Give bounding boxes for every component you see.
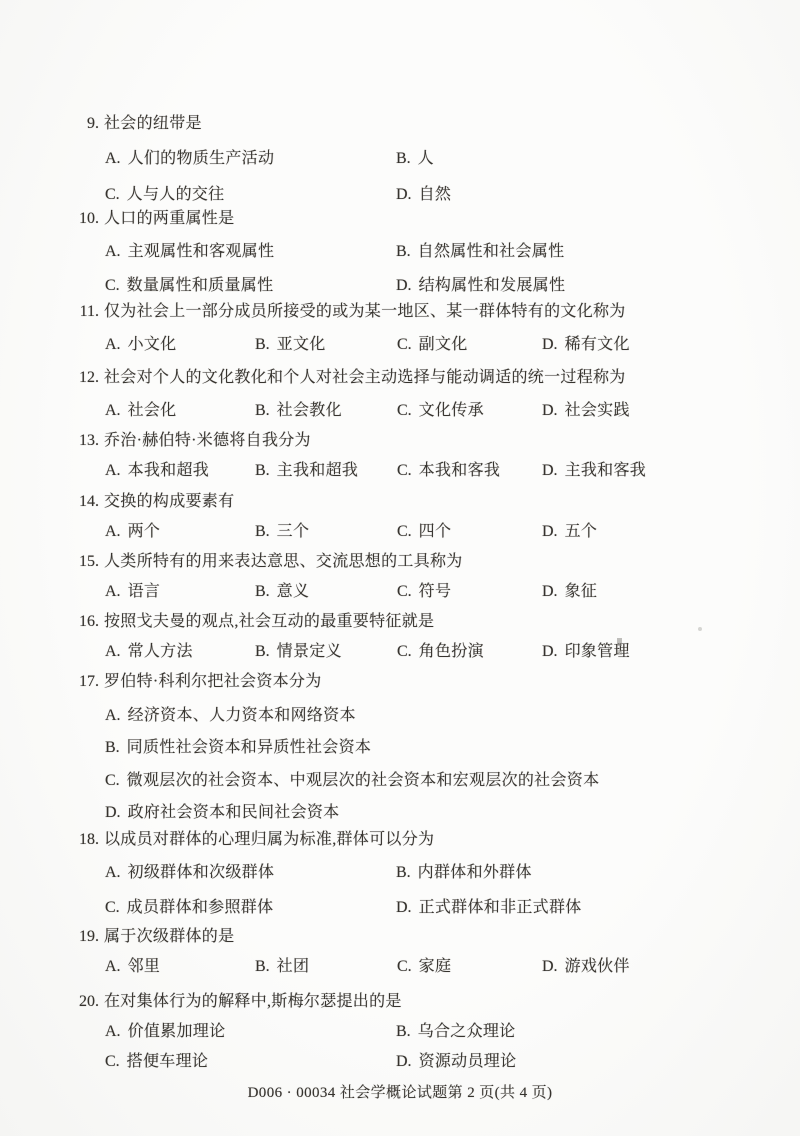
question-stem-line: 16.按照戈夫曼的观点,社会互动的最重要特征就是 — [0, 613, 800, 635]
option-label: D. — [396, 186, 412, 203]
question-number: 20. — [50, 993, 99, 1011]
option-label: C. — [105, 899, 120, 916]
option-item: A.语言 — [105, 583, 160, 601]
option-text: 本我和客我 — [419, 462, 501, 479]
option-row: A.初级群体和次级群体B.内群体和外群体 — [0, 864, 800, 886]
option-text: 主我和超我 — [277, 462, 359, 479]
option-text: 情景定义 — [277, 643, 342, 660]
option-item: D.资源动员理论 — [396, 1053, 516, 1071]
option-row: B.同质性社会资本和异质性社会资本 — [0, 739, 800, 761]
scan-artifact — [617, 650, 622, 655]
option-label: A. — [105, 643, 121, 660]
option-item: D.稀有文化 — [542, 336, 630, 354]
question-stem: 社会对个人的文化教化和个人对社会主动选择与能动调适的统一过程称为 — [104, 369, 626, 387]
option-label: D. — [396, 899, 412, 916]
option-label: C. — [105, 186, 120, 203]
option-row: A.社会化B.社会教化C.文化传承D.社会实践 — [0, 402, 800, 424]
option-item: C.搭便车理论 — [105, 1053, 208, 1071]
option-text: 搭便车理论 — [127, 1053, 209, 1070]
option-row: D.政府社会资本和民间社会资本 — [0, 804, 800, 826]
option-item: B.内群体和外群体 — [396, 864, 532, 882]
option-item: C.四个 — [397, 523, 451, 541]
option-label: C. — [397, 402, 412, 419]
question-stem: 属于次级群体的是 — [104, 928, 234, 946]
option-text: 五个 — [565, 523, 598, 540]
option-label: B. — [255, 402, 270, 419]
option-label: C. — [105, 1053, 120, 1070]
option-text: 乌合之众理论 — [418, 1023, 516, 1040]
option-item: D.五个 — [542, 523, 597, 541]
option-label: A. — [105, 583, 121, 600]
option-item: C.家庭 — [397, 958, 451, 976]
option-text: 同质性社会资本和异质性社会资本 — [127, 739, 372, 756]
option-item: A.社会化 — [105, 402, 176, 420]
option-item: A.主观属性和客观属性 — [105, 243, 274, 261]
option-row: A.主观属性和客观属性B.自然属性和社会属性 — [0, 243, 800, 265]
option-label: A. — [105, 462, 121, 479]
option-text: 象征 — [565, 583, 598, 600]
option-item: D.主我和客我 — [542, 462, 646, 480]
option-text: 符号 — [419, 583, 452, 600]
option-item: C.角色扮演 — [397, 643, 484, 661]
option-text: 主观属性和客观属性 — [128, 243, 275, 260]
option-text: 资源动员理论 — [419, 1053, 517, 1070]
option-text: 小文化 — [128, 336, 177, 353]
option-text: 价值累加理论 — [128, 1023, 226, 1040]
option-text: 人 — [418, 150, 434, 167]
option-item: B.乌合之众理论 — [396, 1023, 515, 1041]
option-item: C.副文化 — [397, 336, 468, 354]
option-label: C. — [397, 583, 412, 600]
option-item: D.自然 — [396, 186, 451, 204]
option-label: A. — [105, 523, 121, 540]
option-text: 语言 — [128, 583, 161, 600]
option-item: D.正式群体和非正式群体 — [396, 899, 582, 917]
option-item: D.游戏伙伴 — [542, 958, 630, 976]
question-stem-line: 9.社会的纽带是 — [0, 115, 800, 137]
question-stem-line: 14.交换的构成要素有 — [0, 493, 800, 515]
option-row: A.两个B.三个C.四个D.五个 — [0, 523, 800, 545]
option-label: B. — [255, 462, 270, 479]
option-label: B. — [396, 150, 411, 167]
option-item: A.邻里 — [105, 958, 160, 976]
option-label: D. — [542, 958, 558, 975]
option-row: A.常人方法B.情景定义C.角色扮演D.印象管理 — [0, 643, 800, 665]
option-row: C.搭便车理论D.资源动员理论 — [0, 1053, 800, 1075]
question-stem: 仅为社会上一部分成员所接受的或为某一地区、某一群体特有的文化称为 — [104, 303, 626, 321]
option-item: D.政府社会资本和民间社会资本 — [105, 804, 339, 822]
option-text: 意义 — [277, 583, 310, 600]
option-text: 政府社会资本和民间社会资本 — [128, 804, 340, 821]
option-label: C. — [397, 643, 412, 660]
option-text: 人们的物质生产活动 — [128, 150, 275, 167]
option-item: D.象征 — [542, 583, 597, 601]
option-text: 主我和客我 — [565, 462, 647, 479]
option-text: 社团 — [277, 958, 310, 975]
option-item: C.文化传承 — [397, 402, 484, 420]
option-label: D. — [542, 336, 558, 353]
option-row: C.人与人的交往D.自然 — [0, 186, 800, 208]
option-label: A. — [105, 958, 121, 975]
question-number: 15. — [50, 553, 99, 571]
question-stem: 在对集体行为的解释中,斯梅尔瑟提出的是 — [104, 993, 402, 1011]
option-label: D. — [396, 1053, 412, 1070]
option-text: 正式群体和非正式群体 — [419, 899, 582, 916]
option-label: D. — [542, 402, 558, 419]
page-footer: D006 · 00034 社会学概论试题第 2 页(共 4 页) — [0, 1081, 800, 1102]
option-item: C.微观层次的社会资本、中观层次的社会资本和宏观层次的社会资本 — [105, 772, 599, 790]
option-text: 本我和超我 — [128, 462, 210, 479]
option-item: B.自然属性和社会属性 — [396, 243, 564, 261]
question-number: 10. — [50, 210, 99, 228]
option-item: A.小文化 — [105, 336, 176, 354]
question-stem: 按照戈夫曼的观点,社会互动的最重要特征就是 — [104, 613, 434, 631]
option-row: C.成员群体和参照群体D.正式群体和非正式群体 — [0, 899, 800, 921]
option-item: C.本我和客我 — [397, 462, 500, 480]
question-stem: 乔治·赫伯特·米德将自我分为 — [104, 432, 311, 450]
option-label: A. — [105, 1023, 121, 1040]
option-item: B.同质性社会资本和异质性社会资本 — [105, 739, 371, 757]
question-stem-line: 17.罗伯特·科利尔把社会资本分为 — [0, 673, 800, 695]
option-item: A.人们的物质生产活动 — [105, 150, 274, 168]
option-text: 两个 — [128, 523, 161, 540]
option-label: D. — [542, 462, 558, 479]
option-item: A.本我和超我 — [105, 462, 209, 480]
option-label: C. — [105, 277, 120, 294]
option-row: A.小文化B.亚文化C.副文化D.稀有文化 — [0, 336, 800, 358]
question-stem-line: 12.社会对个人的文化教化和个人对社会主动选择与能动调适的统一过程称为 — [0, 369, 800, 391]
option-item: D.结构属性和发展属性 — [396, 277, 565, 295]
option-item: B.情景定义 — [255, 643, 342, 661]
question-stem: 交换的构成要素有 — [104, 493, 234, 511]
question-stem-line: 11.仅为社会上一部分成员所接受的或为某一地区、某一群体特有的文化称为 — [0, 303, 800, 325]
option-item: C.成员群体和参照群体 — [105, 899, 273, 917]
option-label: B. — [255, 336, 270, 353]
option-text: 四个 — [419, 523, 452, 540]
question-stem: 罗伯特·科利尔把社会资本分为 — [104, 673, 322, 691]
option-label: C. — [397, 958, 412, 975]
option-item: B.主我和超我 — [255, 462, 358, 480]
question-number: 16. — [50, 613, 99, 631]
option-text: 自然 — [419, 186, 452, 203]
option-row: A.邻里B.社团C.家庭D.游戏伙伴 — [0, 958, 800, 980]
question-stem: 人类所特有的用来表达意思、交流思想的工具称为 — [104, 553, 463, 571]
option-label: B. — [105, 739, 120, 756]
scan-artifact — [617, 638, 622, 646]
option-item: C.符号 — [397, 583, 451, 601]
option-item: A.经济资本、人力资本和网络资本 — [105, 707, 356, 725]
option-text: 人与人的交往 — [127, 186, 225, 203]
option-label: A. — [105, 336, 121, 353]
option-text: 稀有文化 — [565, 336, 630, 353]
question-stem-line: 20.在对集体行为的解释中,斯梅尔瑟提出的是 — [0, 993, 800, 1015]
option-row: A.人们的物质生产活动B.人 — [0, 150, 800, 172]
option-row: C.微观层次的社会资本、中观层次的社会资本和宏观层次的社会资本 — [0, 772, 800, 794]
option-item: D.社会实践 — [542, 402, 630, 420]
option-text: 初级群体和次级群体 — [128, 864, 275, 881]
option-text: 常人方法 — [128, 643, 193, 660]
option-label: A. — [105, 864, 121, 881]
option-row: C.数量属性和质量属性D.结构属性和发展属性 — [0, 277, 800, 299]
option-label: B. — [396, 1023, 411, 1040]
option-text: 亚文化 — [277, 336, 326, 353]
question-number: 12. — [50, 369, 99, 387]
option-item: B.意义 — [255, 583, 309, 601]
option-label: C. — [397, 336, 412, 353]
option-label: B. — [396, 243, 411, 260]
option-text: 三个 — [277, 523, 310, 540]
option-item: C.人与人的交往 — [105, 186, 224, 204]
question-number: 19. — [50, 928, 99, 946]
question-stem: 社会的纽带是 — [104, 115, 202, 133]
question-stem-line: 13.乔治·赫伯特·米德将自我分为 — [0, 432, 800, 454]
option-label: C. — [397, 462, 412, 479]
option-text: 邻里 — [128, 958, 161, 975]
option-text: 自然属性和社会属性 — [418, 243, 565, 260]
question-stem-line: 15.人类所特有的用来表达意思、交流思想的工具称为 — [0, 553, 800, 575]
option-item: B.亚文化 — [255, 336, 326, 354]
option-item: B.人 — [396, 150, 434, 168]
option-row: A.本我和超我B.主我和超我C.本我和客我D.主我和客我 — [0, 462, 800, 484]
option-label: A. — [105, 707, 121, 724]
option-item: B.三个 — [255, 523, 309, 541]
option-label: B. — [396, 864, 411, 881]
option-row: A.语言B.意义C.符号D.象征 — [0, 583, 800, 605]
option-item: C.数量属性和质量属性 — [105, 277, 273, 295]
question-stem: 以成员对群体的心理归属为标准,群体可以分为 — [104, 831, 434, 849]
question-stem-line: 19.属于次级群体的是 — [0, 928, 800, 950]
option-label: B. — [255, 583, 270, 600]
option-label: A. — [105, 150, 121, 167]
option-label: D. — [542, 583, 558, 600]
question-number: 18. — [50, 831, 99, 849]
option-text: 成员群体和参照群体 — [127, 899, 274, 916]
option-row: A.价值累加理论B.乌合之众理论 — [0, 1023, 800, 1045]
question-number: 13. — [50, 432, 99, 450]
question-stem: 人口的两重属性是 — [104, 210, 234, 228]
scan-artifact — [698, 627, 702, 631]
option-label: B. — [255, 958, 270, 975]
option-text: 结构属性和发展属性 — [419, 277, 566, 294]
option-text: 社会实践 — [565, 402, 630, 419]
option-text: 家庭 — [419, 958, 452, 975]
option-label: B. — [255, 523, 270, 540]
option-item: B.社会教化 — [255, 402, 342, 420]
option-text: 内群体和外群体 — [418, 864, 532, 881]
question-number: 9. — [50, 115, 99, 133]
option-text: 经济资本、人力资本和网络资本 — [128, 707, 356, 724]
option-item: B.社团 — [255, 958, 309, 976]
question-stem-line: 18.以成员对群体的心理归属为标准,群体可以分为 — [0, 831, 800, 853]
option-item: A.价值累加理论 — [105, 1023, 225, 1041]
question-number: 14. — [50, 493, 99, 511]
option-item: A.常人方法 — [105, 643, 193, 661]
option-row: A.经济资本、人力资本和网络资本 — [0, 707, 800, 729]
option-text: 微观层次的社会资本、中观层次的社会资本和宏观层次的社会资本 — [127, 772, 600, 789]
scanned-exam-page: 9.社会的纽带是A.人们的物质生产活动B.人C.人与人的交往D.自然10.人口的… — [0, 0, 800, 1136]
option-text: 社会教化 — [277, 402, 342, 419]
option-text: 副文化 — [419, 336, 468, 353]
option-text: 游戏伙伴 — [565, 958, 630, 975]
option-item: A.初级群体和次级群体 — [105, 864, 274, 882]
option-label: D. — [542, 643, 558, 660]
option-label: A. — [105, 402, 121, 419]
option-item: A.两个 — [105, 523, 160, 541]
option-text: 文化传承 — [419, 402, 484, 419]
question-number: 11. — [50, 303, 99, 321]
option-label: C. — [397, 523, 412, 540]
option-label: D. — [396, 277, 412, 294]
option-text: 角色扮演 — [419, 643, 484, 660]
option-label: D. — [105, 804, 121, 821]
option-label: A. — [105, 243, 121, 260]
option-label: D. — [542, 523, 558, 540]
option-label: B. — [255, 643, 270, 660]
option-text: 数量属性和质量属性 — [127, 277, 274, 294]
option-label: C. — [105, 772, 120, 789]
option-text: 社会化 — [128, 402, 177, 419]
question-number: 17. — [50, 673, 99, 691]
question-stem-line: 10.人口的两重属性是 — [0, 210, 800, 232]
